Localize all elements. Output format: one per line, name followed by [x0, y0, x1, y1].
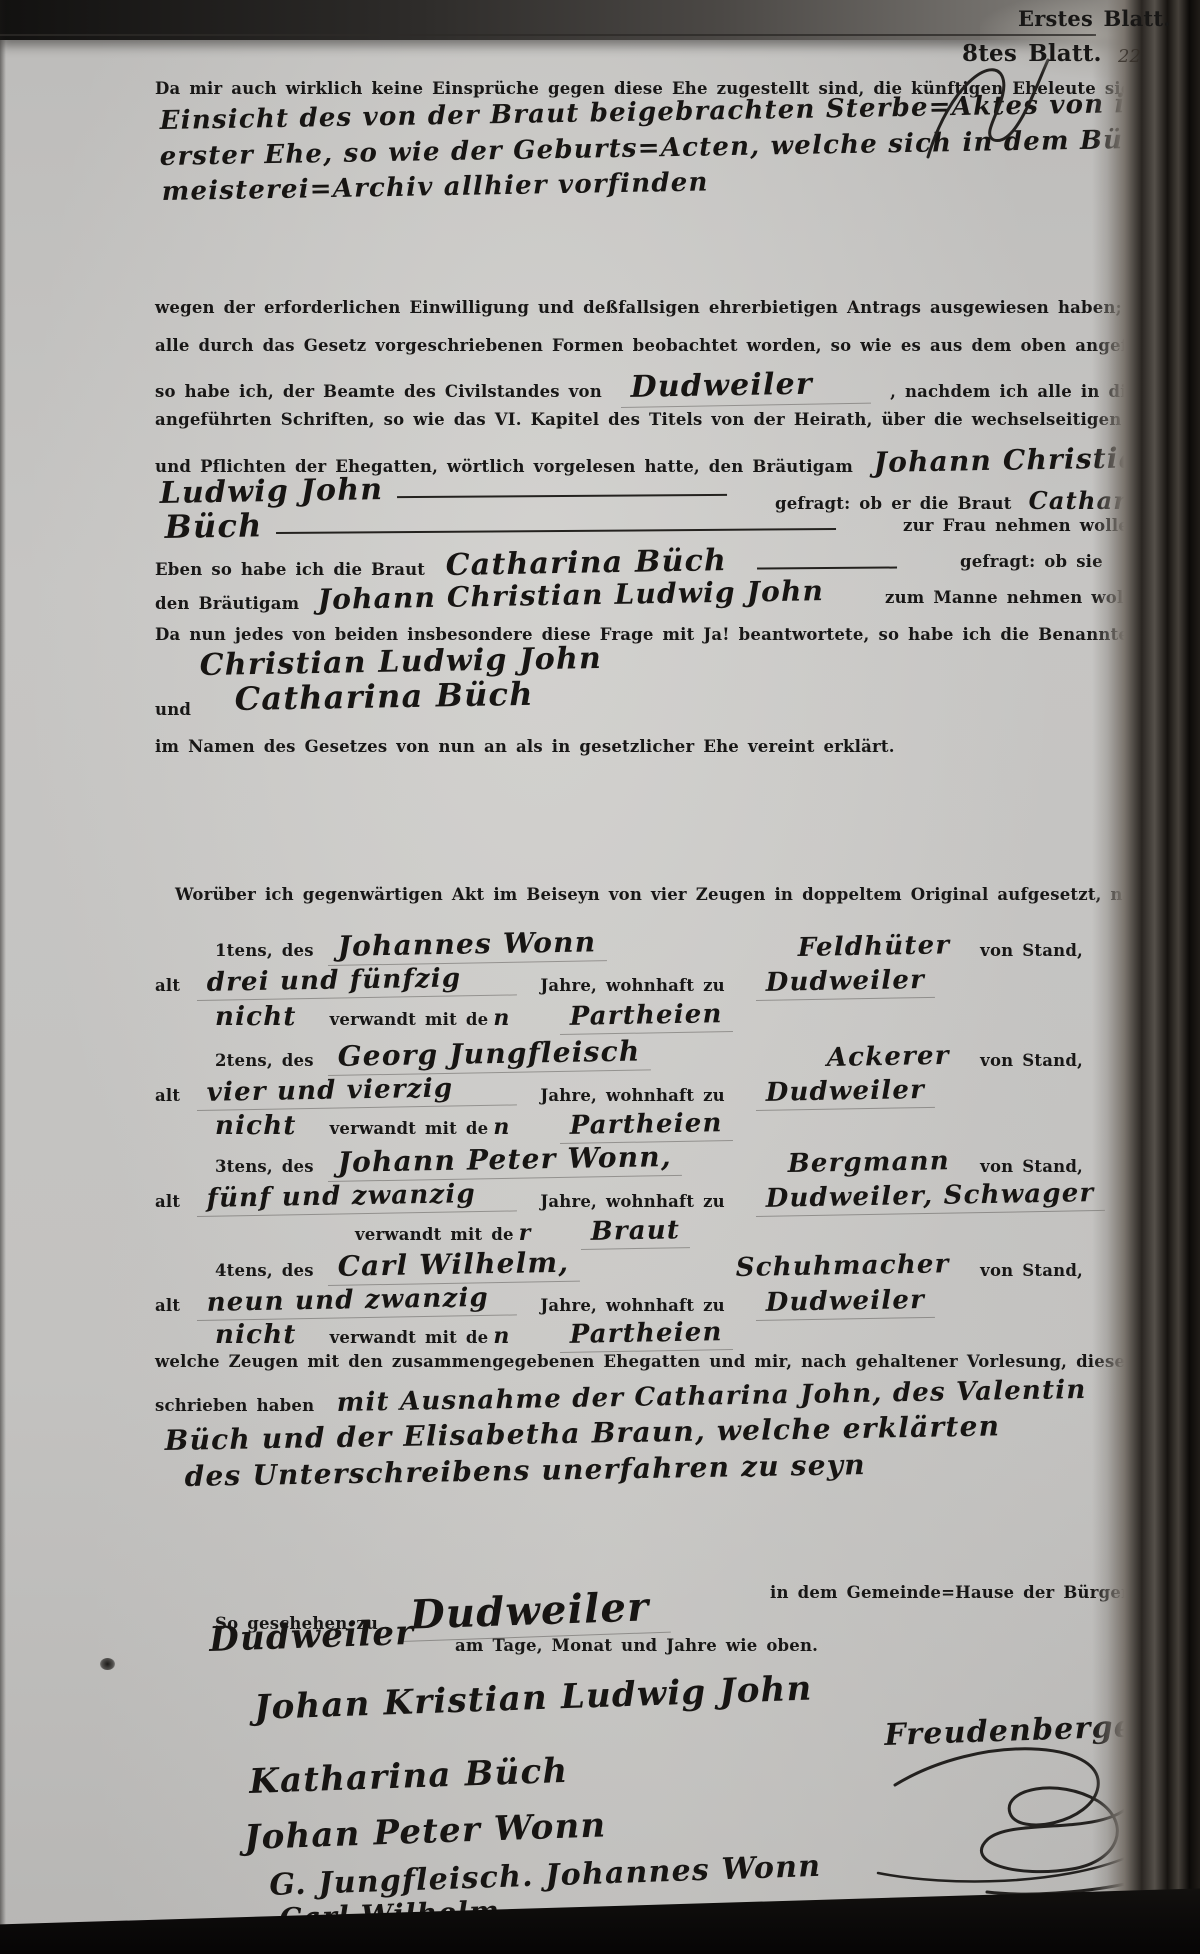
relation-suffix-entry: n — [493, 1114, 510, 1140]
sheet-label-erstes-text: Erstes Blatt. — [1018, 6, 1171, 31]
main-line-2-text: alle durch das Gesetz vorgeschriebenen F… — [155, 336, 1200, 355]
stand-label: von Stand, — [980, 941, 1083, 960]
witness-residence-entry: Dudweiler — [755, 1285, 935, 1321]
witness-age-entry: vier und vierzig — [197, 1072, 518, 1111]
jahre-label: Jahre, wohnhaft zu — [540, 1086, 725, 1105]
main-line-4-text: angeführten Schriften, so wie das VI. Ka… — [155, 410, 1196, 429]
place-entry-dudweiler: Dudweiler — [620, 366, 871, 408]
und-label: und — [155, 700, 191, 719]
witness-3-row-2: alt fünf und zwanzig Jahre, wohnhaft zu … — [155, 1184, 1105, 1217]
jahre-label: Jahre, wohnhaft zu — [540, 1192, 725, 1211]
main-line-4: angeführten Schriften, so wie das VI. Ka… — [155, 410, 1196, 429]
declaration-line-1: Da nun jedes von beiden insbesondere die… — [155, 617, 1200, 647]
place-line-2-print: am Tage, Monat und Jahre wie oben. — [455, 1636, 818, 1655]
not-related-entry: nicht — [215, 1320, 297, 1350]
sheet-label-erstes: Erstes Blatt. — [1018, 6, 1171, 31]
place-line-2-hand: Dudweiler — [209, 1613, 415, 1660]
signature-groom-text: Johan Kristian Ludwig John — [254, 1669, 813, 1728]
verwandt-label: verwandt mit de — [330, 1010, 489, 1029]
alt-label: alt — [155, 976, 180, 995]
scan-left-shadow — [0, 0, 6, 1954]
verwandt-label: verwandt mit de — [330, 1119, 489, 1138]
witness-residence-entry: Dudweiler, Schwager — [755, 1178, 1104, 1217]
not-related-entry: nicht — [215, 1111, 297, 1141]
witness-age-entry: drei und fünfzig — [197, 962, 518, 1001]
signature-bride-text: Katharina Büch — [249, 1751, 569, 1802]
main-line-5-text: und Pflichten der Ehegatten, wörtlich vo… — [155, 457, 853, 476]
closing-text-1: welche Zeugen mit den zusammengegebenen … — [155, 1352, 1200, 1371]
intro-hand-line-3: meisterei=Archiv allhier vorfinden — [161, 167, 708, 207]
bride-surname-line: Büch — [165, 508, 844, 546]
witness-residence-entry: Dudweiler — [755, 965, 935, 1001]
witness-2-row-1: 2tens, des Georg Jungfleisch Ackerer von… — [215, 1040, 1083, 1076]
witness-name-entry: Johannes Wonn — [327, 925, 606, 966]
signature-witness-peter-text: Johan Peter Wonn — [244, 1805, 607, 1858]
witness-occupation-entry: Ackerer — [827, 1041, 950, 1073]
page-edge-line — [0, 34, 1096, 36]
signature-witness-pair: G. Jungfleisch. Johannes Wonn — [269, 1849, 822, 1903]
main-line-1: wegen der erforderlichen Einwilligung un… — [155, 298, 1200, 317]
closing-line-1: welche Zeugen mit den zusammengegebenen … — [155, 1352, 1200, 1371]
declaration-line-3-name: Catharina Büch — [234, 675, 534, 718]
registrar-clause: so habe ich, der Beamte des Civilstandes… — [155, 382, 602, 401]
margin-page-number-text: 22 — [1118, 46, 1141, 67]
place-entry-large: Dudweiler — [399, 1583, 671, 1642]
witness-3-row-1: 3tens, des Johann Peter Wonn, Bergmann v… — [215, 1146, 1083, 1182]
not-related-entry: nicht — [215, 1002, 297, 1032]
witness-occupation-entry: Schuhmacher — [736, 1249, 950, 1283]
jahre-label: Jahre, wohnhaft zu — [540, 976, 725, 995]
relation-suffix-entry: n — [493, 1005, 510, 1031]
declared-name-entry-3: Catharina Büch — [234, 675, 534, 718]
witness-4-row-3: nicht verwandt mit de n Partheien — [215, 1320, 733, 1353]
relation-entry: Partheien — [559, 999, 733, 1035]
witness-ordinal: 4tens, des — [215, 1261, 314, 1280]
book-binding — [1092, 0, 1200, 1954]
declaration-text-4: im Namen des Gesetzes von nun an als in … — [155, 737, 895, 756]
verwandt-label: verwandt mit de — [330, 1328, 489, 1347]
witness-age-entry: fünf und zwanzig — [197, 1178, 518, 1217]
stand-label: von Stand, — [980, 1157, 1083, 1176]
hand-drawn-rule — [276, 520, 836, 534]
bride-question-text: gefragt: ob sie — [960, 552, 1103, 571]
witness-2-row-3: nicht verwandt mit de n Partheien — [215, 1111, 733, 1144]
margin-page-number: 22 — [1118, 46, 1141, 67]
main-line-3: so habe ich, der Beamte des Civilstandes… — [155, 370, 1200, 408]
bride-surname-entry: Büch — [164, 506, 263, 546]
verwandt-label: verwandt mit de — [355, 1225, 514, 1244]
closing-text-2: schrieben haben — [155, 1396, 314, 1415]
stand-label: von Stand, — [980, 1261, 1083, 1280]
groom-name-entry-2: Ludwig John — [159, 472, 383, 511]
hand-drawn-rule — [757, 559, 897, 570]
witness-residence-entry: Dudweiler — [755, 1075, 935, 1111]
alt-label: alt — [155, 1296, 180, 1315]
signature-witness-pair-text: G. Jungfleisch. Johannes Wonn — [269, 1849, 822, 1903]
signature-groom: Johan Kristian Ludwig John — [254, 1669, 813, 1728]
witness-1-row-2: alt drei und fünfzig Jahre, wohnhaft zu … — [155, 968, 935, 1001]
signature-witness-peter: Johan Peter Wonn — [244, 1805, 607, 1858]
date-clause-text: am Tage, Monat und Jahre wie oben. — [455, 1636, 818, 1655]
alt-label: alt — [155, 1192, 180, 1211]
witness-4-row-1: 4tens, des Carl Wilhelm, Schuhmacher von… — [215, 1250, 1083, 1286]
witness-1-row-1: 1tens, des Johannes Wonn Feldhüter von S… — [215, 930, 1083, 966]
witness-occupation-entry: Feldhüter — [797, 930, 950, 963]
witness-3-row-3: verwandt mit de r Braut — [215, 1217, 690, 1250]
alt-label: alt — [155, 1086, 180, 1105]
sheet-label-8tes-text: 8tes Blatt. — [962, 40, 1102, 67]
witness-1-row-3: nicht verwandt mit de n Partheien — [215, 1002, 733, 1035]
relation-entry: Partheien — [559, 1317, 733, 1353]
main-line-1-text: wegen der erforderlichen Einwilligung un… — [155, 298, 1200, 317]
bride-question-right-1: gefragt: ob sie — [960, 552, 1103, 571]
relation-suffix-entry: n — [493, 1323, 510, 1349]
witness-intro-line: Worüber ich gegenwärtigen Akt im Beiseyn… — [175, 885, 1193, 904]
witness-name-entry: Carl Wilhelm, — [327, 1246, 579, 1286]
bride-question-line-2: den Bräutigam Johann Christian Ludwig Jo… — [155, 583, 825, 616]
declaration-text-1: Da nun jedes von beiden insbesondere die… — [155, 625, 1141, 644]
place-entry-2: Dudweiler — [209, 1613, 415, 1660]
witness-name-entry: Johann Peter Wonn, — [327, 1140, 682, 1182]
witness-4-row-2: alt neun und zwanzig Jahre, wohnhaft zu … — [155, 1288, 935, 1321]
witness-intro-text: Worüber ich gegenwärtigen Akt im Beiseyn… — [175, 885, 1193, 904]
bride-clause-text: Eben so habe ich die Braut — [155, 560, 425, 579]
intro-hand-line-3-text: meisterei=Archiv allhier vorfinden — [161, 167, 708, 207]
declaration-line-4: im Namen des Gesetzes von nun an als in … — [155, 737, 895, 756]
declaration-line-3-und: und — [155, 700, 191, 719]
jahre-label: Jahre, wohnhaft zu — [540, 1296, 725, 1315]
relation-entry: Partheien — [559, 1108, 733, 1144]
document-page: Erstes Blatt. 8tes Blatt. 22 Da mir auch… — [0, 0, 1200, 1954]
hand-drawn-rule — [397, 486, 727, 498]
witness-age-entry: neun und zwanzig — [197, 1282, 518, 1321]
witness-2-row-2: alt vier und vierzig Jahre, wohnhaft zu … — [155, 1078, 935, 1111]
witness-name-entry: Georg Jungfleisch — [327, 1034, 650, 1076]
main-line-2: alle durch das Gesetz vorgeschriebenen F… — [155, 336, 1200, 355]
witness-ordinal: 1tens, des — [215, 941, 314, 960]
bride-clause-text-2: den Bräutigam — [155, 594, 299, 613]
signature-bride: Katharina Büch — [249, 1751, 569, 1802]
stand-label: von Stand, — [980, 1051, 1083, 1070]
witness-ordinal: 2tens, des — [215, 1051, 314, 1070]
witness-occupation-entry: Bergmann — [787, 1146, 950, 1179]
ink-blot — [100, 1658, 115, 1670]
relation-entry: Braut — [580, 1215, 690, 1250]
relation-suffix-entry: r — [519, 1220, 532, 1246]
sheet-label-8tes: 8tes Blatt. — [962, 40, 1102, 67]
witness-ordinal: 3tens, des — [215, 1157, 314, 1176]
